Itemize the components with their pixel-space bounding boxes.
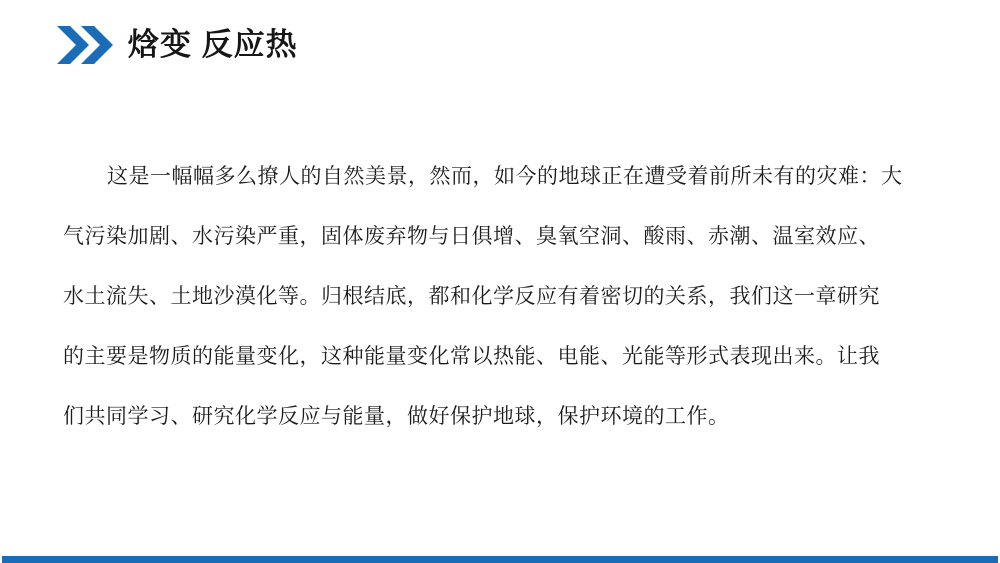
slide-header: 焓变 反应热 bbox=[57, 24, 298, 66]
paragraph-line: 气污染加剧、水污染严重，固体废弃物与日俱增、臭氧空洞、酸雨、赤潮、温室效应、 bbox=[63, 207, 943, 267]
footer-accent-bar bbox=[2, 556, 998, 563]
paragraph-line: 水土流失、土地沙漠化等。归根结底，都和化学反应有着密切的关系，我们这一章研究 bbox=[63, 267, 943, 327]
paragraph-line: 这是一幅幅多么撩人的自然美景，然而，如今的地球正在遭受着前所未有的灾难：大 bbox=[63, 147, 943, 207]
page-title: 焓变 反应热 bbox=[128, 24, 298, 66]
double-chevron-right-icon bbox=[57, 26, 113, 64]
paragraph-line: 的主要是物质的能量变化，这种能量变化常以热能、电能、光能等形式表现出来。让我 bbox=[63, 327, 943, 387]
paragraph-line: 们共同学习、研究化学反应与能量，做好保护地球，保护环境的工作。 bbox=[63, 387, 943, 447]
slide: 焓变 反应热 这是一幅幅多么撩人的自然美景，然而，如今的地球正在遭受着前所未有的… bbox=[0, 0, 1000, 563]
body-paragraph: 这是一幅幅多么撩人的自然美景，然而，如今的地球正在遭受着前所未有的灾难：大 气污… bbox=[63, 147, 943, 447]
